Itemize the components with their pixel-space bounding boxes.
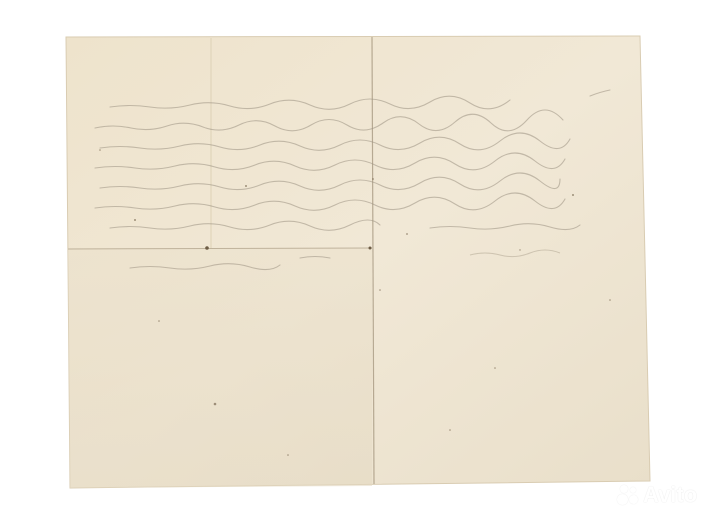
- paper-sheet: [0, 0, 720, 524]
- avito-logo-icon: [617, 484, 639, 506]
- photo-stage: Avito: [0, 0, 720, 524]
- avito-watermark: Avito: [617, 482, 697, 508]
- avito-wordmark: Avito: [643, 482, 697, 508]
